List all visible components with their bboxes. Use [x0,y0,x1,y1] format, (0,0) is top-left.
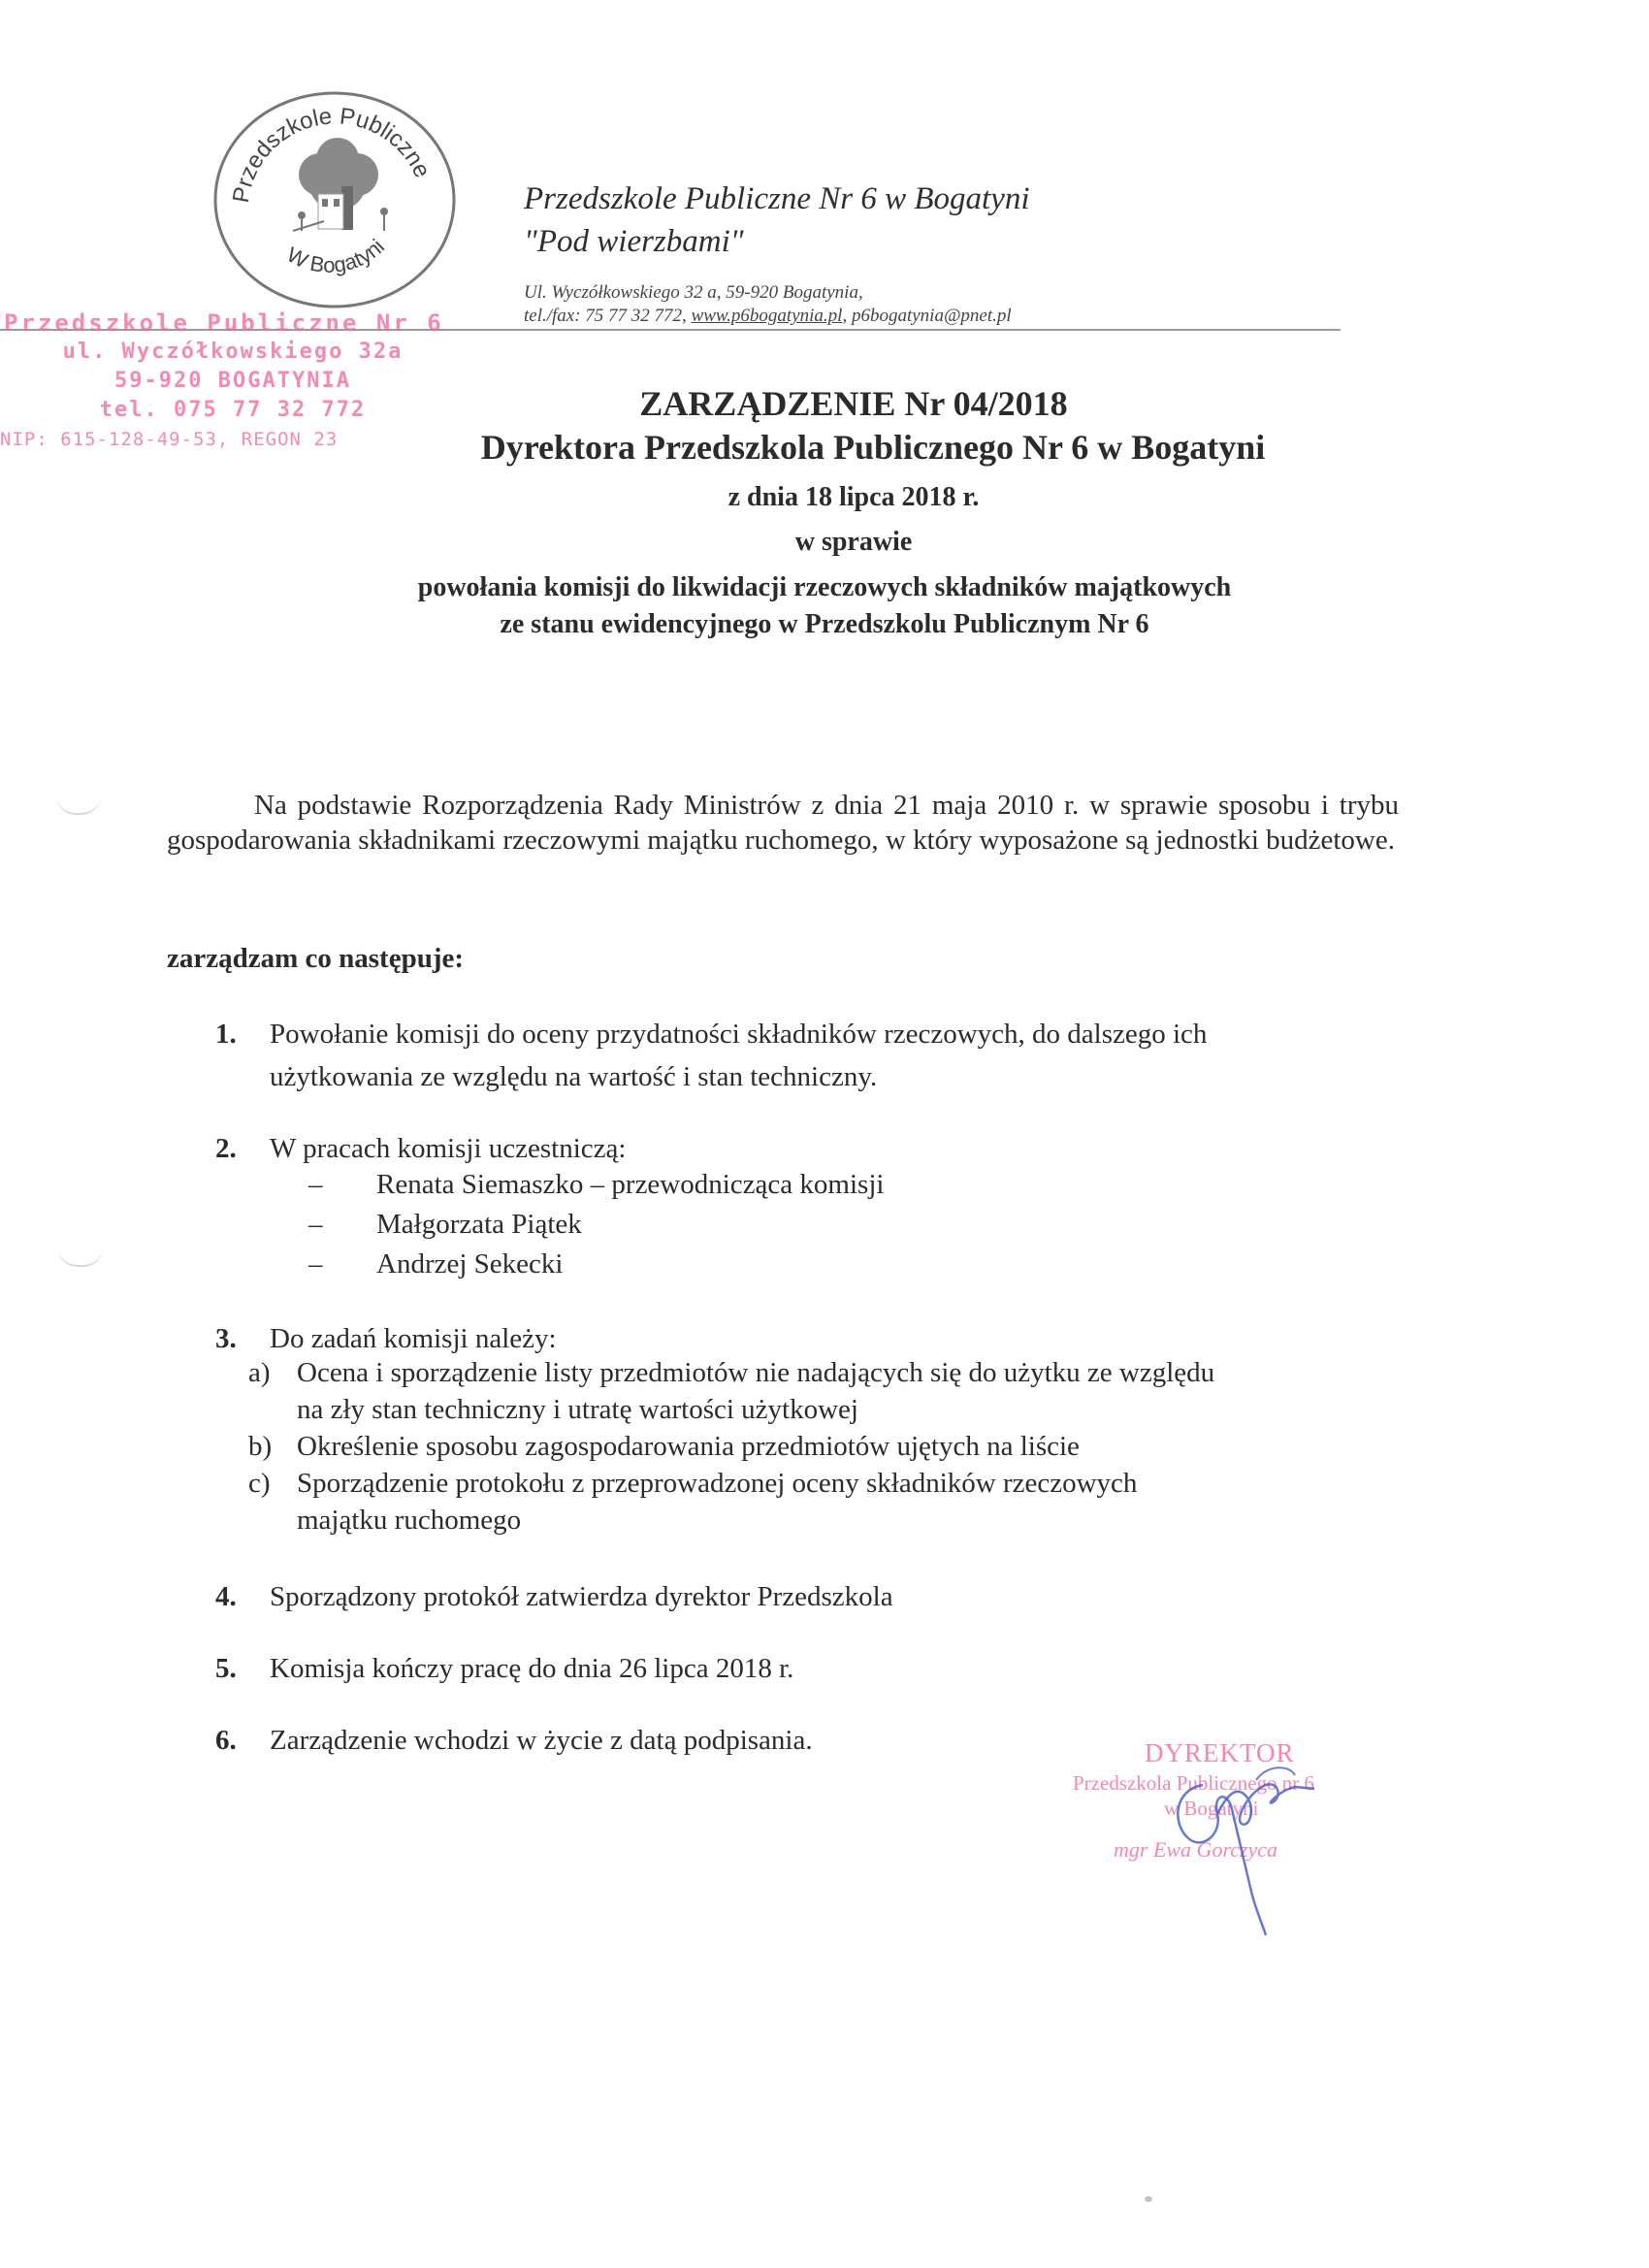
legal-basis-text: Na podstawie Rozporządzenia Rady Ministr… [167,788,1399,858]
task-text: majątku ruchomego [297,1503,521,1538]
organization-name: Przedszkole Publiczne Nr 6 w Bogatyni [524,178,1030,220]
stamp-line-2: ul. Wyczółkowskiego 32a [0,338,466,367]
article-text: Powołanie komisji do oceny przydatności … [270,1017,1207,1052]
dash-bullet: – [308,1167,323,1202]
task-label: b) [248,1429,272,1464]
article-number: 3. [215,1321,237,1356]
binder-hole-mark [58,1247,103,1267]
article-text: W pracach komisji uczestniczą: [270,1131,626,1166]
organization-address: Ul. Wyczółkowskiego 32 a, 59-920 Bogatyn… [524,281,863,305]
article-text: Komisja kończy pracę do dnia 26 lipca 20… [270,1651,793,1686]
seal-icon: Przedszkole Publiczne Nr 6 W Bogatyni [211,89,458,310]
article-number: 1. [215,1017,237,1052]
task-text: na zły stan techniczny i utratę wartości… [297,1392,858,1427]
article-number: 5. [215,1651,237,1686]
director-signature-block: DYREKTOR Przedszkola Publicznego nr 6 w … [1057,1736,1406,1960]
contact-phone: tel./fax: 75 77 32 772, [524,306,692,326]
dash-bullet: – [308,1247,323,1281]
svg-text:W Bogatyni: W Bogatyni [283,235,389,277]
document-in-matter: w sprawie [0,527,1649,558]
organization-subtitle: "Pod wierzbami" [524,220,744,263]
decree-label: zarządzam co następuje: [167,941,464,976]
article-number: 4. [215,1579,237,1614]
document-issuer: Dyrektora Przedszkola Publicznego Nr 6 w… [0,427,1649,468]
scan-speck [1145,2196,1152,2202]
binder-hole-mark [56,795,101,815]
seal-bottom-text: W Bogatyni [283,235,389,277]
document-subject-line-2: ze stanu ewidencyjnego w Przedszkolu Pub… [0,609,1649,640]
document-title: ZARZĄDZENIE Nr 04/2018 [0,383,1649,424]
handwritten-signature-icon [1057,1736,1406,1960]
dash-bullet: – [308,1207,323,1242]
document-date: z dnia 18 lipca 2018 r. [0,482,1649,513]
stamp-line-1: Przedszkole Publiczne Nr 6 [0,308,466,338]
member-name: Małgorzata Piątek [376,1207,582,1242]
task-text: Ocena i sporządzenie listy przedmiotów n… [297,1355,1214,1390]
article-text: Do zadań komisji należy: [270,1321,557,1356]
article-text: Sporządzony protokół zatwierdza dyrektor… [270,1579,893,1614]
website-link[interactable]: www.p6bogatynia.pl [692,306,843,326]
article-number: 2. [215,1131,237,1166]
document-subject-line-1: powołania komisji do likwidacji rzeczowy… [0,572,1649,603]
member-name: Renata Siemaszko – przewodnicząca komisj… [376,1167,884,1202]
task-label: a) [248,1355,271,1390]
organization-contact: tel./fax: 75 77 32 772, www.p6bogatynia.… [524,305,1012,328]
article-text: użytkowania ze względu na wartość i stan… [270,1059,877,1094]
preschool-seal-logo: Przedszkole Publiczne Nr 6 W Bogatyni [211,89,458,310]
task-text: Określenie sposobu zagospodarowania prze… [297,1429,1080,1464]
task-label: c) [248,1466,271,1501]
contact-email: , p6bogatynia@pnet.pl [842,306,1011,326]
member-name: Andrzej Sekecki [376,1247,563,1281]
task-text: Sporządzenie protokołu z przeprowadzonej… [297,1466,1137,1501]
article-number: 6. [215,1723,237,1758]
article-text: Zarządzenie wchodzi w życie z datą podpi… [270,1723,813,1758]
legal-basis-paragraph: Na podstawie Rozporządzenia Rady Ministr… [167,788,1399,858]
